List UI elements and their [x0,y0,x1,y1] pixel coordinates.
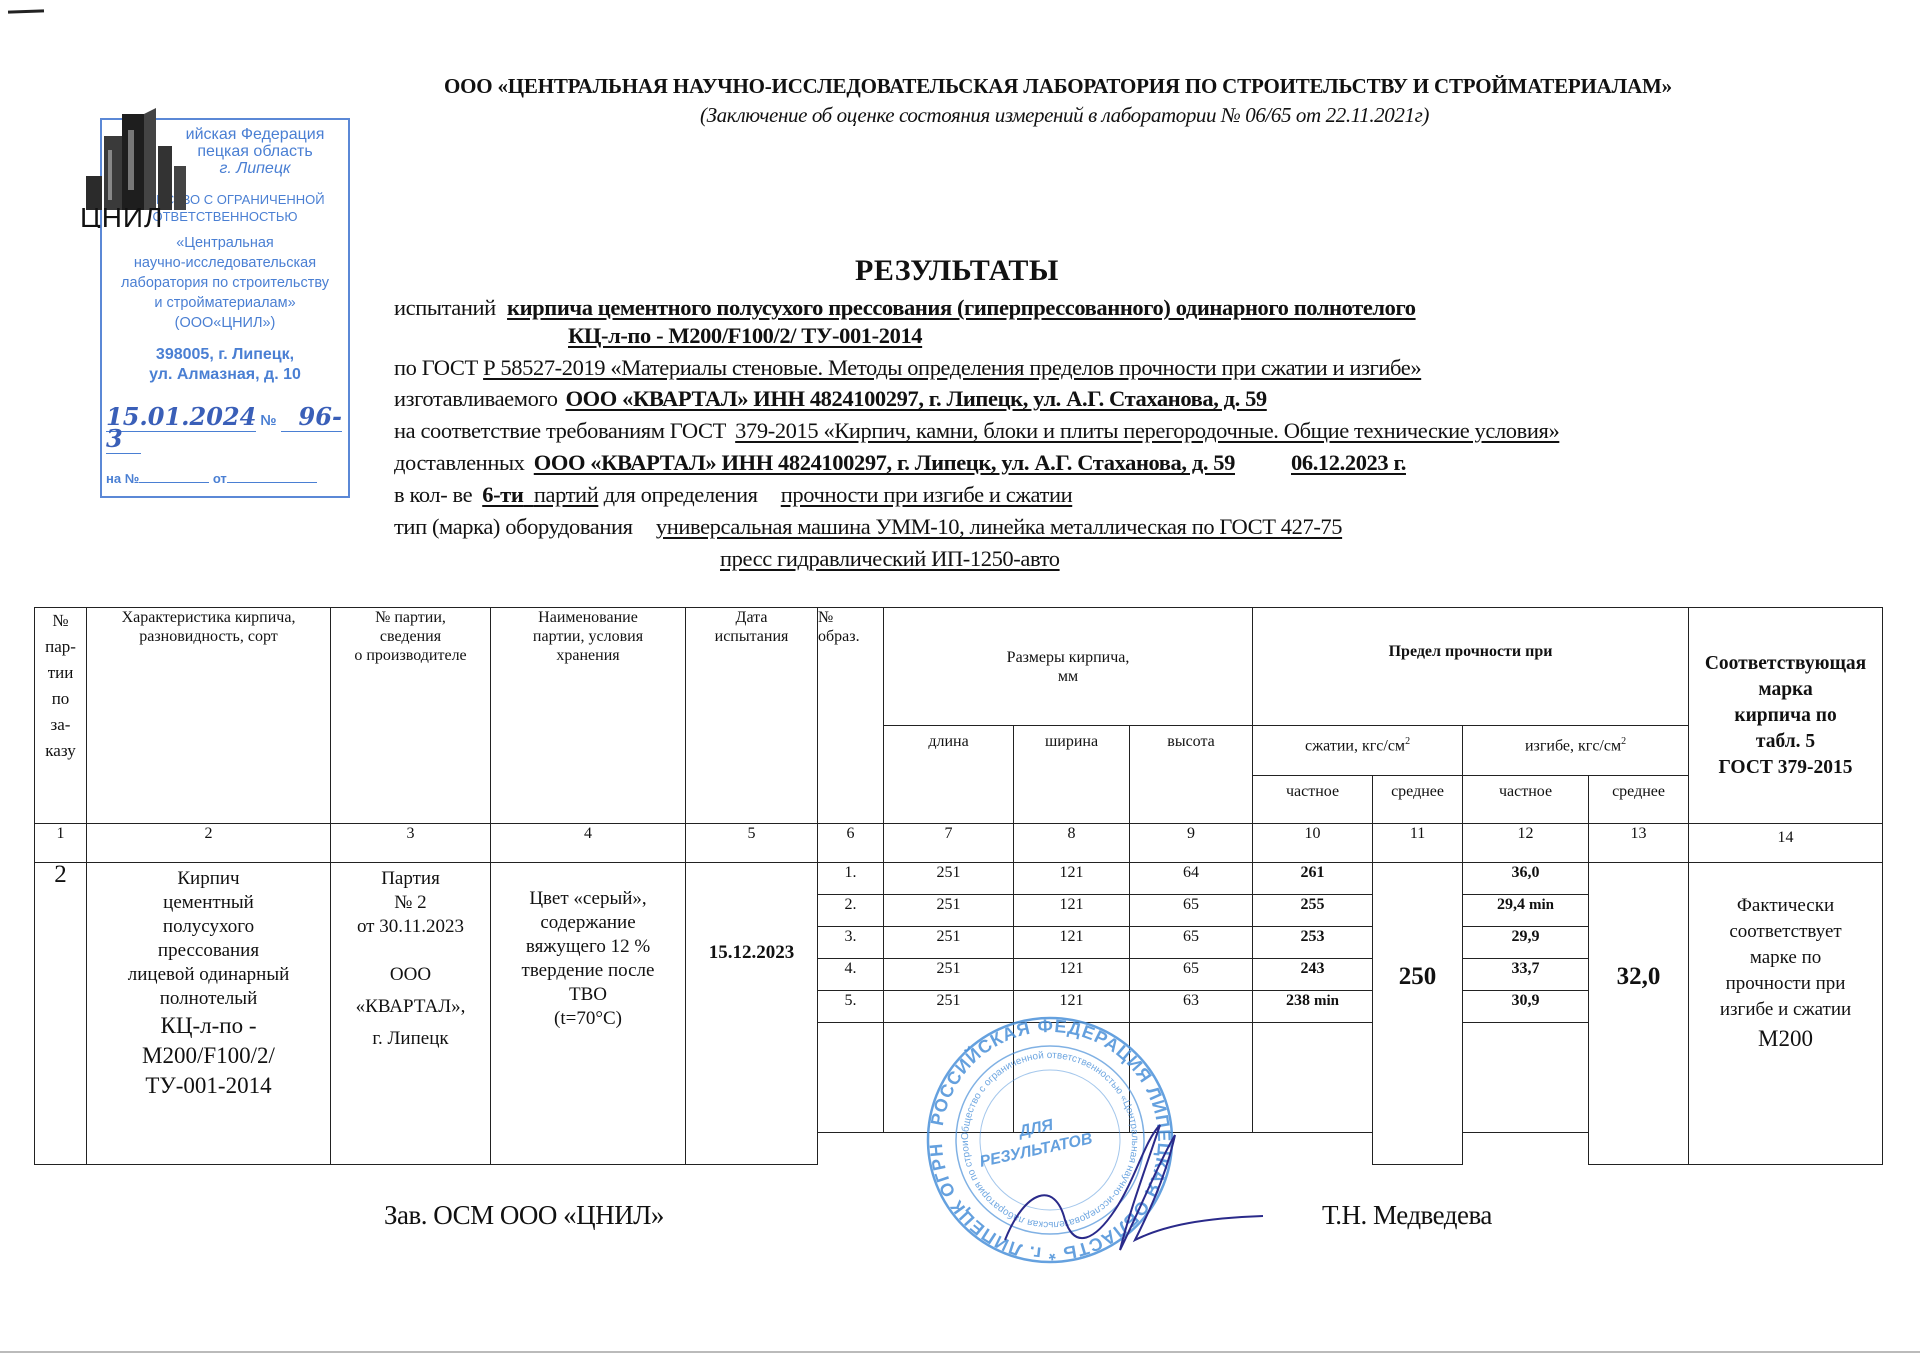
sample-height: 63 [1130,991,1253,1023]
header-compression-partial: частное [1253,776,1373,824]
header-sample-no: №образ. [818,608,884,824]
sample-bending: 33,7 [1463,959,1589,991]
sample-bending: 29,4 min [1463,895,1589,927]
line-gost: по ГОСТ Р 58527-2019 «Материалы стеновые… [394,355,1421,381]
line-equipment-2: пресс гидравлический ИП-1250-авто [720,546,1060,572]
sample-no: 1. [818,863,884,895]
sample-bending: 36,0 [1463,863,1589,895]
header-compression-average: среднее [1373,776,1463,824]
equipment-1: универсальная машина УММ-10, линейка мет… [656,514,1342,539]
sample-height: 65 [1130,927,1253,959]
sample-compression: 238 min [1253,991,1373,1023]
cell-conclusion: Фактически соответствует марке по прочно… [1689,863,1883,1165]
gost-value: Р 58527-2019 «Материалы стеновые. Методы… [483,355,1421,380]
delivered-value: ООО «КВАРТАЛ» ИНН 4824100297, г. Липецк,… [534,450,1235,475]
stamp-line: (ООО«ЦНИЛ») [102,313,348,333]
header-dimensions: Размеры кирпича,мм [884,608,1253,726]
header-bending-average: среднее [1589,776,1689,824]
sample-compression: 253 [1253,927,1373,959]
line-compliance: на соответствие требованиям ГОСТ 379-201… [394,418,1559,444]
stamp-line: и стройматериалам» [102,293,348,313]
delivered-date: 06.12.2023 г. [1291,450,1406,475]
stamp-line: научно-исследовательская [102,253,348,273]
stamp-line: «Центральная [102,233,348,253]
header-strength: Предел прочности при [1253,608,1689,726]
sample-width: 121 [1014,959,1130,991]
product-code: КЦ-л-по - М200/F100/2/ ТУ-001-2014 [540,323,922,348]
header-characteristic: Характеристика кирпича, разновидность, с… [87,608,331,824]
line-manufacturer: изготавливаемогоООО «КВАРТАЛ» ИНН 482410… [394,386,1267,412]
header-length: длина [884,726,1014,824]
sample-width: 121 [1014,991,1130,1023]
purpose-value: прочности при изгибе и сжатии [781,482,1072,507]
organization-title: ООО «ЦЕНТРАЛЬНАЯ НАУЧНО-ИССЛЕДОВАТЕЛЬСКА… [0,74,1920,99]
tests-value: кирпича цементного полусухого прессовани… [507,295,1416,320]
signatory-name: Т.Н. Медведева [1322,1200,1492,1231]
compliance-value: 379-2015 «Кирпич, камни, блоки и плиты п… [731,418,1559,443]
sample-no: 5. [818,991,884,1023]
sample-width: 121 [1014,895,1130,927]
header-bending-partial: частное [1463,776,1589,824]
manufacturer-value: ООО «КВАРТАЛ» ИНН 4824100297, г. Липецк,… [558,386,1267,411]
scan-mark [8,9,44,13]
header-bending: изгибе, кгс/см2 [1463,726,1689,776]
stamp-address: ул. Алмазная, д. 10 [102,365,348,385]
line-delivered: доставленных ООО «КВАРТАЛ» ИНН 482410029… [394,450,1414,476]
line-quantity: в кол- ве6-ти партий для определения про… [394,482,1072,508]
results-table: №пар-тиипоза-казу Характеристика кирпича… [34,607,1883,1165]
sample-height: 65 [1130,895,1253,927]
quantity-unit: партий [534,482,599,507]
quantity-value: 6-ти [482,482,523,507]
sample-width: 121 [1014,863,1130,895]
page-bottom-edge [0,1351,1920,1353]
equipment-2: пресс гидравлический ИП-1250-авто [720,546,1060,571]
header-order-no: №пар-тиипоза-казу [35,608,87,824]
column-numbers-row: 123 456 789 101112 1314 [35,824,1883,863]
organization-name: ООО «ЦЕНТРАЛЬНАЯ НАУЧНО-ИССЛЕДОВАТЕЛЬСКА… [444,74,1672,98]
line-product-code: КЦ-л-по - М200/F100/2/ ТУ-001-2014 [540,323,922,349]
sample-height: 64 [1130,863,1253,895]
sample-length: 251 [884,959,1014,991]
sample-height: 65 [1130,959,1253,991]
sample-length: 251 [884,927,1014,959]
cnil-logo-icon: ЦНИЛ [78,106,208,228]
stamp-address: 398005, г. Липецк, [102,345,348,365]
sample-length: 251 [884,895,1014,927]
svg-text:ЦНИЛ: ЦНИЛ [80,202,163,228]
header-batch-info: № партии,сведенияо производителе [331,608,491,824]
bending-average: 32,0 [1589,863,1689,1165]
accreditation-note: (Заключение об оценке состояния измерени… [700,103,1429,128]
sample-no: 3. [818,927,884,959]
sample-no: 4. [818,959,884,991]
line-tests: испытаний кирпича цементного полусухого … [394,295,1416,321]
header-grade: Соответствующаямаркакирпича потабл. 5ГОС… [1689,608,1883,824]
sample-length: 251 [884,863,1014,895]
line-equipment: тип (марка) оборудования универсальная м… [394,514,1342,540]
sample-no: 2. [818,895,884,927]
cell-conditions: Цвет «серый», содержание вяжущего 12 % т… [491,863,686,1165]
results-body: 2 Кирпич цементный полусухого прессовани… [35,863,1883,1165]
stamp-number-label: № [260,413,276,429]
cell-order-no: 2 [35,863,87,1165]
compression-average: 250 [1373,863,1463,1165]
header-width: ширина [1014,726,1130,824]
header-conditions: Наименованиепартии, условияхранения [491,608,686,824]
sample-bending: 29,9 [1463,927,1589,959]
header-height: высота [1130,726,1253,824]
cell-test-date: 15.12.2023 [686,863,818,1165]
sample-compression: 261 [1253,863,1373,895]
stamp-ref-label: на № [106,471,139,486]
signatory-position: Зав. ОСМ ООО «ЦНИЛ» [384,1200,664,1231]
sample-bending: 30,9 [1463,991,1589,1023]
cell-batch-info: Партия № 2 от 30.11.2023 ООО «КВАРТАЛ», … [331,863,491,1165]
sample-compression: 255 [1253,895,1373,927]
table-row: 2 Кирпич цементный полусухого прессовани… [35,863,1883,895]
header-compression: сжатии, кгс/см2 [1253,726,1463,776]
sample-width: 121 [1014,927,1130,959]
sample-length: 251 [884,991,1014,1023]
header-test-date: Датаиспытания [686,608,818,824]
stamp-line: лаборатория по строительству [102,273,348,293]
stamp-ref-from: от [213,471,227,486]
cell-characteristic: Кирпич цементный полусухого прессования … [87,863,331,1165]
sample-compression: 243 [1253,959,1373,991]
document-title: РЕЗУЛЬТАТЫ [855,254,1059,288]
